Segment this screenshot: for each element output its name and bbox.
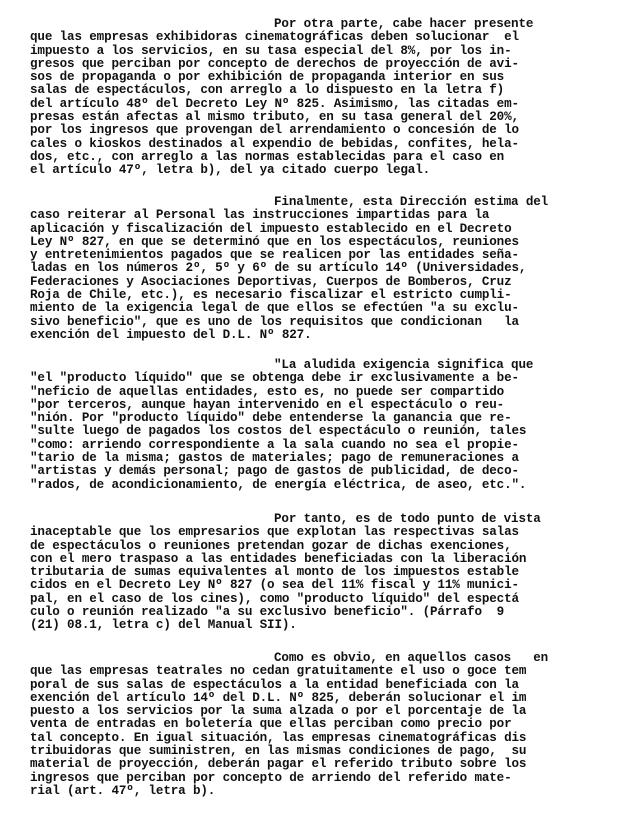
text-line: cidos en el Decreto Ley Nº 827 (o sea de… — [30, 579, 620, 592]
text-line: "nión. Por "producto líquido" debe enten… — [30, 412, 620, 425]
text-line: poral de sus salas de espectáculos a la … — [30, 679, 620, 692]
text-line: exención del impuesto del D.L. Nº 827. — [30, 329, 620, 342]
text-line: dos, etc., con arreglo a las normas esta… — [30, 151, 620, 164]
text-line: pal, en el caso de los cines), como "pro… — [30, 593, 620, 606]
text-line: puesto a los servicios por la suma alzad… — [30, 705, 620, 718]
text-line: de espectáculos o reuniones pretendan go… — [30, 540, 620, 553]
text-line: gresos que perciban por concepto de dere… — [30, 58, 620, 71]
text-line: "por terceros, aunque hayan intervenido … — [30, 399, 620, 412]
text-line: por los ingresos que provengan del arren… — [30, 124, 620, 137]
text-line: "rados, de acondicionamiento, de energía… — [30, 479, 620, 492]
paragraph-5: Como es obvio, en aquellos casos en que … — [30, 652, 620, 798]
text-line: Finalmente, esta Dirección estima del — [30, 196, 620, 209]
text-line: que las empresas exhibidoras cinematográ… — [30, 31, 620, 44]
text-line: "tario de la misma; gastos de materiales… — [30, 452, 620, 465]
text-line: venta de entradas en boletería que ellas… — [30, 718, 620, 731]
text-line: "el "producto líquido" que se obtenga de… — [30, 372, 620, 385]
text-line: tal concepto. En igual situación, las em… — [30, 732, 620, 745]
paragraph-1: Por otra parte, cabe hacer presente que … — [30, 18, 620, 178]
text-line: impuesto a los servicios, en su tasa esp… — [30, 45, 620, 58]
text-line: el artículo 47º, letra b), del ya citado… — [30, 164, 620, 177]
text-line: culo o reunión realizado "a su exclusivo… — [30, 606, 620, 619]
text-line: con el mero traspaso a las entidades ben… — [30, 553, 620, 566]
text-line: (21) 08.1, letra c) del Manual SII). — [30, 619, 620, 632]
text-line: ladas en los números 2º, 5º y 6º de su a… — [30, 262, 620, 275]
document-page: Por otra parte, cabe hacer presente que … — [0, 0, 630, 820]
text-line: Por otra parte, cabe hacer presente — [30, 18, 620, 31]
text-line: aplicación y fiscalización del impuesto … — [30, 223, 620, 236]
text-line: rial (art. 47º, letra b). — [30, 785, 620, 798]
text-line: cales o kioskos destinados al expendio d… — [30, 138, 620, 151]
text-line: "sulte luego de pagados los costos del e… — [30, 425, 620, 438]
text-line: "La aludida exigencia significa que — [30, 359, 620, 372]
text-line: tributaria de sumas equivalentes al mont… — [30, 566, 620, 579]
text-line: ingresos que perciban por concepto de ar… — [30, 772, 620, 785]
text-line: caso reiterar al Personal las instruccio… — [30, 209, 620, 222]
paragraph-2: Finalmente, esta Dirección estima del ca… — [30, 196, 620, 342]
text-line: Roja de Chile, etc.), es necesario fisca… — [30, 289, 620, 302]
text-line: sivo beneficio", que es uno de los requi… — [30, 316, 620, 329]
text-line: exención del artículo 14º del D.L. Nº 82… — [30, 692, 620, 705]
text-line: miento de la exigencia legal de que ello… — [30, 302, 620, 315]
text-line: "neficio de aquellas entidades, esto es,… — [30, 386, 620, 399]
text-line: tribuidoras que suministren, en las mism… — [30, 745, 620, 758]
text-line: inaceptable que los empresarios que expl… — [30, 526, 620, 539]
text-line: del artículo 48º del Decreto Ley Nº 825.… — [30, 98, 620, 111]
text-line: Como es obvio, en aquellos casos en — [30, 652, 620, 665]
text-line: salas de espectáculos, con arreglo a lo … — [30, 84, 620, 97]
text-line: Por tanto, es de todo punto de vista — [30, 513, 620, 526]
paragraph-4: Por tanto, es de todo punto de vista ina… — [30, 513, 620, 633]
text-line: "como: arriendo correspondiente a la sal… — [30, 439, 620, 452]
paragraph-3-quote: "La aludida exigencia significa que "el … — [30, 359, 620, 492]
text-line: y entretenimientos pagados que se realic… — [30, 249, 620, 262]
text-line: Ley Nº 827, en que se determinó que en l… — [30, 236, 620, 249]
text-line: Federaciones y Asociaciones Deportivas, … — [30, 276, 620, 289]
text-line: sos de propaganda o por exhibición de pr… — [30, 71, 620, 84]
text-line: que las empresas teatrales no cedan grat… — [30, 665, 620, 678]
text-line: presas están afectas al mismo tributo, e… — [30, 111, 620, 124]
text-line: material de proyección, deberán pagar el… — [30, 758, 620, 771]
text-line: "artistas y demás personal; pago de gast… — [30, 465, 620, 478]
